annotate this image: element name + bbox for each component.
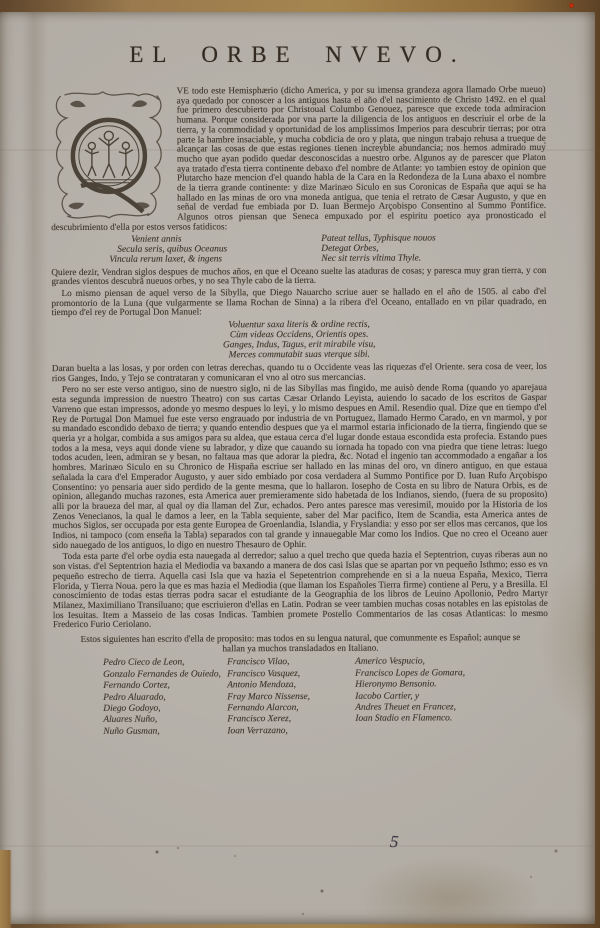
- author-name: Diego Godoyo,: [103, 703, 227, 715]
- author-name: Francisco Lopes de Gomara,: [355, 668, 548, 680]
- author-name: Francisco Vilao,: [227, 657, 355, 669]
- author-name: Antonio Mendoza,: [227, 680, 355, 692]
- author-name: Iacobo Cartier, y: [355, 691, 548, 703]
- decorative-initial-q: [51, 90, 168, 221]
- page-number: 5: [389, 832, 399, 853]
- verse-line: Nec sit terris vltima Thyle.: [321, 253, 435, 263]
- author-name: Fernando Alarcon,: [227, 703, 355, 715]
- author-name: Ioan Verrazano,: [227, 726, 355, 738]
- table-edge: [0, 850, 12, 928]
- verse-column-right: Pateat tellus, Typhisque nouos Detegat O…: [321, 233, 436, 263]
- author-name: Fray Marco Nissense,: [227, 691, 355, 703]
- page-title: EL ORBE NVEVO.: [0, 42, 595, 68]
- woodcut-initial-icon: [51, 90, 168, 221]
- author-name: Ioan Stadio en Flamenco.: [355, 713, 548, 725]
- authors-column-3: Americo Vespucio, Francisco Lopes de Gom…: [355, 656, 548, 737]
- author-name: Nuño Gusman,: [103, 726, 227, 738]
- paragraph-lo-mismo: Lo mismo piensan de aquel verso de la Si…: [51, 287, 546, 318]
- author-name: Francisco Xerez,: [227, 714, 355, 726]
- paragraph-toda-esta-parte: Toda esta parte d'el orbe oydia esta nau…: [53, 550, 548, 630]
- author-name: Americo Vespucio,: [355, 656, 548, 668]
- red-dot: [569, 3, 574, 8]
- verse-line: Pateat tellus, Typhisque nouos: [321, 233, 435, 243]
- verse-line: Merces commutabit suas vterque sibi.: [229, 350, 370, 361]
- author-name: Hieronymo Bensonio.: [355, 679, 548, 691]
- author-name: Francisco Vasquez,: [227, 669, 355, 681]
- photo-backdrop: EL ORBE NVEVO.: [0, 0, 600, 928]
- verse-line: Cùm videas Occidens, Orientis opes.: [230, 330, 369, 341]
- verse-column-left: Venient annis Secula seris, quibus Ocean…: [109, 233, 321, 264]
- text-block: VE todo este Hemisphærio (dicho America,…: [51, 85, 549, 738]
- paragraph-authors-intro: Estos siguientes han escrito d'ella de p…: [71, 633, 530, 654]
- verse-line: Vincula rerum laxet, & ingens: [109, 253, 321, 264]
- verse-line: Voluentur saxa literis & ordine rectis,: [228, 320, 370, 331]
- author-name: Gonzalo Fernandes de Ouiedo,: [103, 669, 227, 681]
- author-name: Pedro Cieco de Leon,: [103, 658, 227, 670]
- authors-column-2: Francisco Vilao, Francisco Vasquez, Anto…: [227, 657, 355, 737]
- sibylla-verses: Voluentur saxa literis & ordine rectis, …: [52, 319, 547, 361]
- author-name: Pedro Aluarado,: [103, 692, 227, 704]
- book-page: EL ORBE NVEVO.: [0, 12, 595, 924]
- verse-line: Detegat Orbes,: [321, 243, 435, 253]
- paragraph-daran-buelta: Daran buelta a las losas, y por orden co…: [52, 362, 547, 384]
- author-name: Aluares Nuño,: [103, 715, 227, 727]
- paragraph-pero-no-ser: Pero no ser este verso antiguo, sino de …: [52, 383, 548, 550]
- authors-column-1: Pedro Cieco de Leon, Gonzalo Fernandes d…: [103, 658, 227, 738]
- paragraph-quiere-dezir: Quiere dezir, Vendran siglos despues de …: [51, 265, 546, 287]
- author-name: Fernando Cortez,: [103, 681, 227, 693]
- seneca-verses: Venient annis Secula seris, quibus Ocean…: [51, 232, 546, 264]
- authors-list: Pedro Cieco de Leon, Gonzalo Fernandes d…: [103, 656, 548, 738]
- page-gutter-shadow: [22, 12, 48, 924]
